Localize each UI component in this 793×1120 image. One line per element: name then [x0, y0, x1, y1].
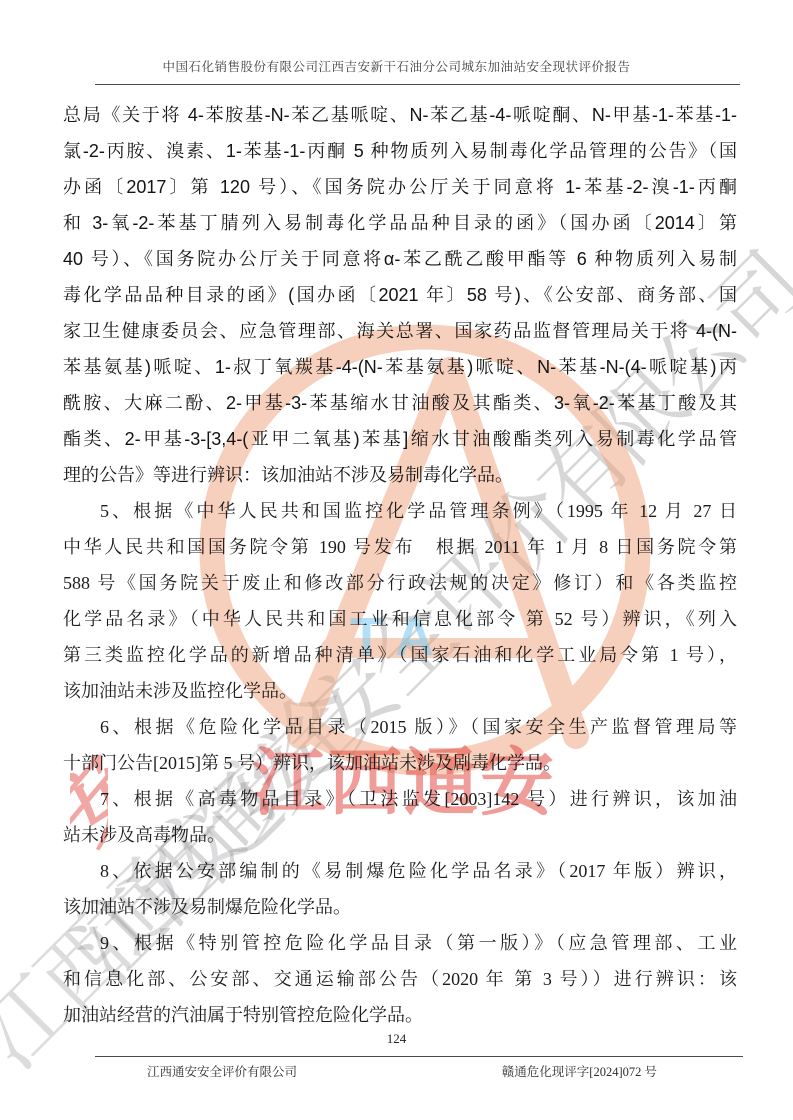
body-text: 总局《关于将 4-苯胺基-N-苯乙基哌啶、N-苯乙基-4-哌啶酮、N-甲基-1-… [63, 97, 737, 1033]
body-line: 家卫生健康委员会、应急管理部、海关总署、国家药品监督管理局关于将 4-(N- [63, 313, 737, 349]
body-line: 苯基氨基)哌啶、1-叔丁氧羰基-4-(N-苯基氨基)哌啶、N-苯基-N-(4-哌… [63, 349, 737, 385]
page-header-title: 中国石化销售股份有限公司江西吉安新干石油分公司城东加油站安全现状评价报告 [0, 57, 793, 75]
footer-rule [95, 1056, 743, 1057]
body-line: 和 3-氧-2-苯基丁腈列入易制毒化学品品种目录的函》（国办函〔2014〕第 [63, 205, 737, 241]
report-page: 江西通安安全评价有限公司 江西通安安全 TA 江西通安 安 中国石化销售股份有限… [0, 0, 793, 1120]
body-line: 7、根据《高毒物品目录》（卫法监发[2003]142 号）进行辨识，该加油 [63, 781, 737, 817]
body-line: 化学品名录》（中华人民共和国工业和信息化部令 第 52 号）辨识，《列入 [63, 601, 737, 637]
footer-company: 江西通安安全评价有限公司 [147, 1062, 297, 1080]
body-line: 588 号《国务院关于废止和修改部分行政法规的决定》修订）和《各类监控 [63, 565, 737, 601]
body-line: 8、依据公安部编制的《易制爆危险化学品名录》（2017 年版）辨识， [63, 853, 737, 889]
footer-doc-number: 赣通危化现评字[2024]072 号 [502, 1062, 657, 1080]
body-line: 理的公告》等进行辨识：该加油站不涉及易制毒化学品。 [63, 457, 737, 493]
page-number: 124 [0, 1031, 793, 1047]
body-line: 酰胺、大麻二酚、2-甲基-3-苯基缩水甘油酸及其酯类、3-氧-2-苯基丁酸及其 [63, 385, 737, 421]
body-line: 该加油站未涉及监控化学品。 [63, 673, 737, 709]
body-line: 该加油站不涉及易制爆危险化学品。 [63, 889, 737, 925]
body-line: 酯类、2-甲基-3-[3,4-(亚甲二氧基)苯基]缩水甘油酸酯类列入易制毒化学品… [63, 421, 737, 457]
body-line: 6、根据《危险化学品目录（2015 版）》（国家安全生产监督管理局等 [63, 709, 737, 745]
body-line: 办函〔2017〕第 120 号）、《国务院办公厅关于同意将 1-苯基-2-溴-1… [63, 169, 737, 205]
body-line: 中华人民共和国国务院令第 190 号发布 根据 2011 年 1 月 8 日国务… [63, 529, 737, 565]
body-line: 9、根据《特别管控危险化学品目录（第一版）》（应急管理部、工业 [63, 925, 737, 961]
body-line: 毒化学品品种目录的函》(国办函〔2021 年〕58 号)、《公安部、商务部、国 [63, 277, 737, 313]
body-line: 第三类监控化学品的新增品种清单》（国家石油和化学工业局令第 1 号）， [63, 637, 737, 673]
body-line: 总局《关于将 4-苯胺基-N-苯乙基哌啶、N-苯乙基-4-哌啶酮、N-甲基-1-… [63, 97, 737, 133]
body-line: 和信息化部、公安部、交通运输部公告（2020 年 第 3 号））进行辨识：该 [63, 961, 737, 997]
body-line: 5、根据《中华人民共和国监控化学品管理条例》（1995 年 12 月 27 日 [63, 493, 737, 529]
body-line: 加油站经营的汽油属于特别管控危险化学品。 [63, 997, 737, 1033]
body-line: 氯-2-丙胺、溴素、1-苯基-1-丙酮 5 种物质列入易制毒化学品管理的公告》（… [63, 133, 737, 169]
header-rule [95, 84, 740, 85]
body-line: 十部门公告[2015]第 5 号）辨识，该加油站未涉及剧毒化学品。 [63, 745, 737, 781]
body-line: 40 号）、《国务院办公厅关于同意将α-苯乙酰乙酸甲酯等 6 种物质列入易制 [63, 241, 737, 277]
footer: 江西通安安全评价有限公司 赣通危化现评字[2024]072 号 [95, 1062, 743, 1080]
body-line: 站未涉及高毒物品。 [63, 817, 737, 853]
